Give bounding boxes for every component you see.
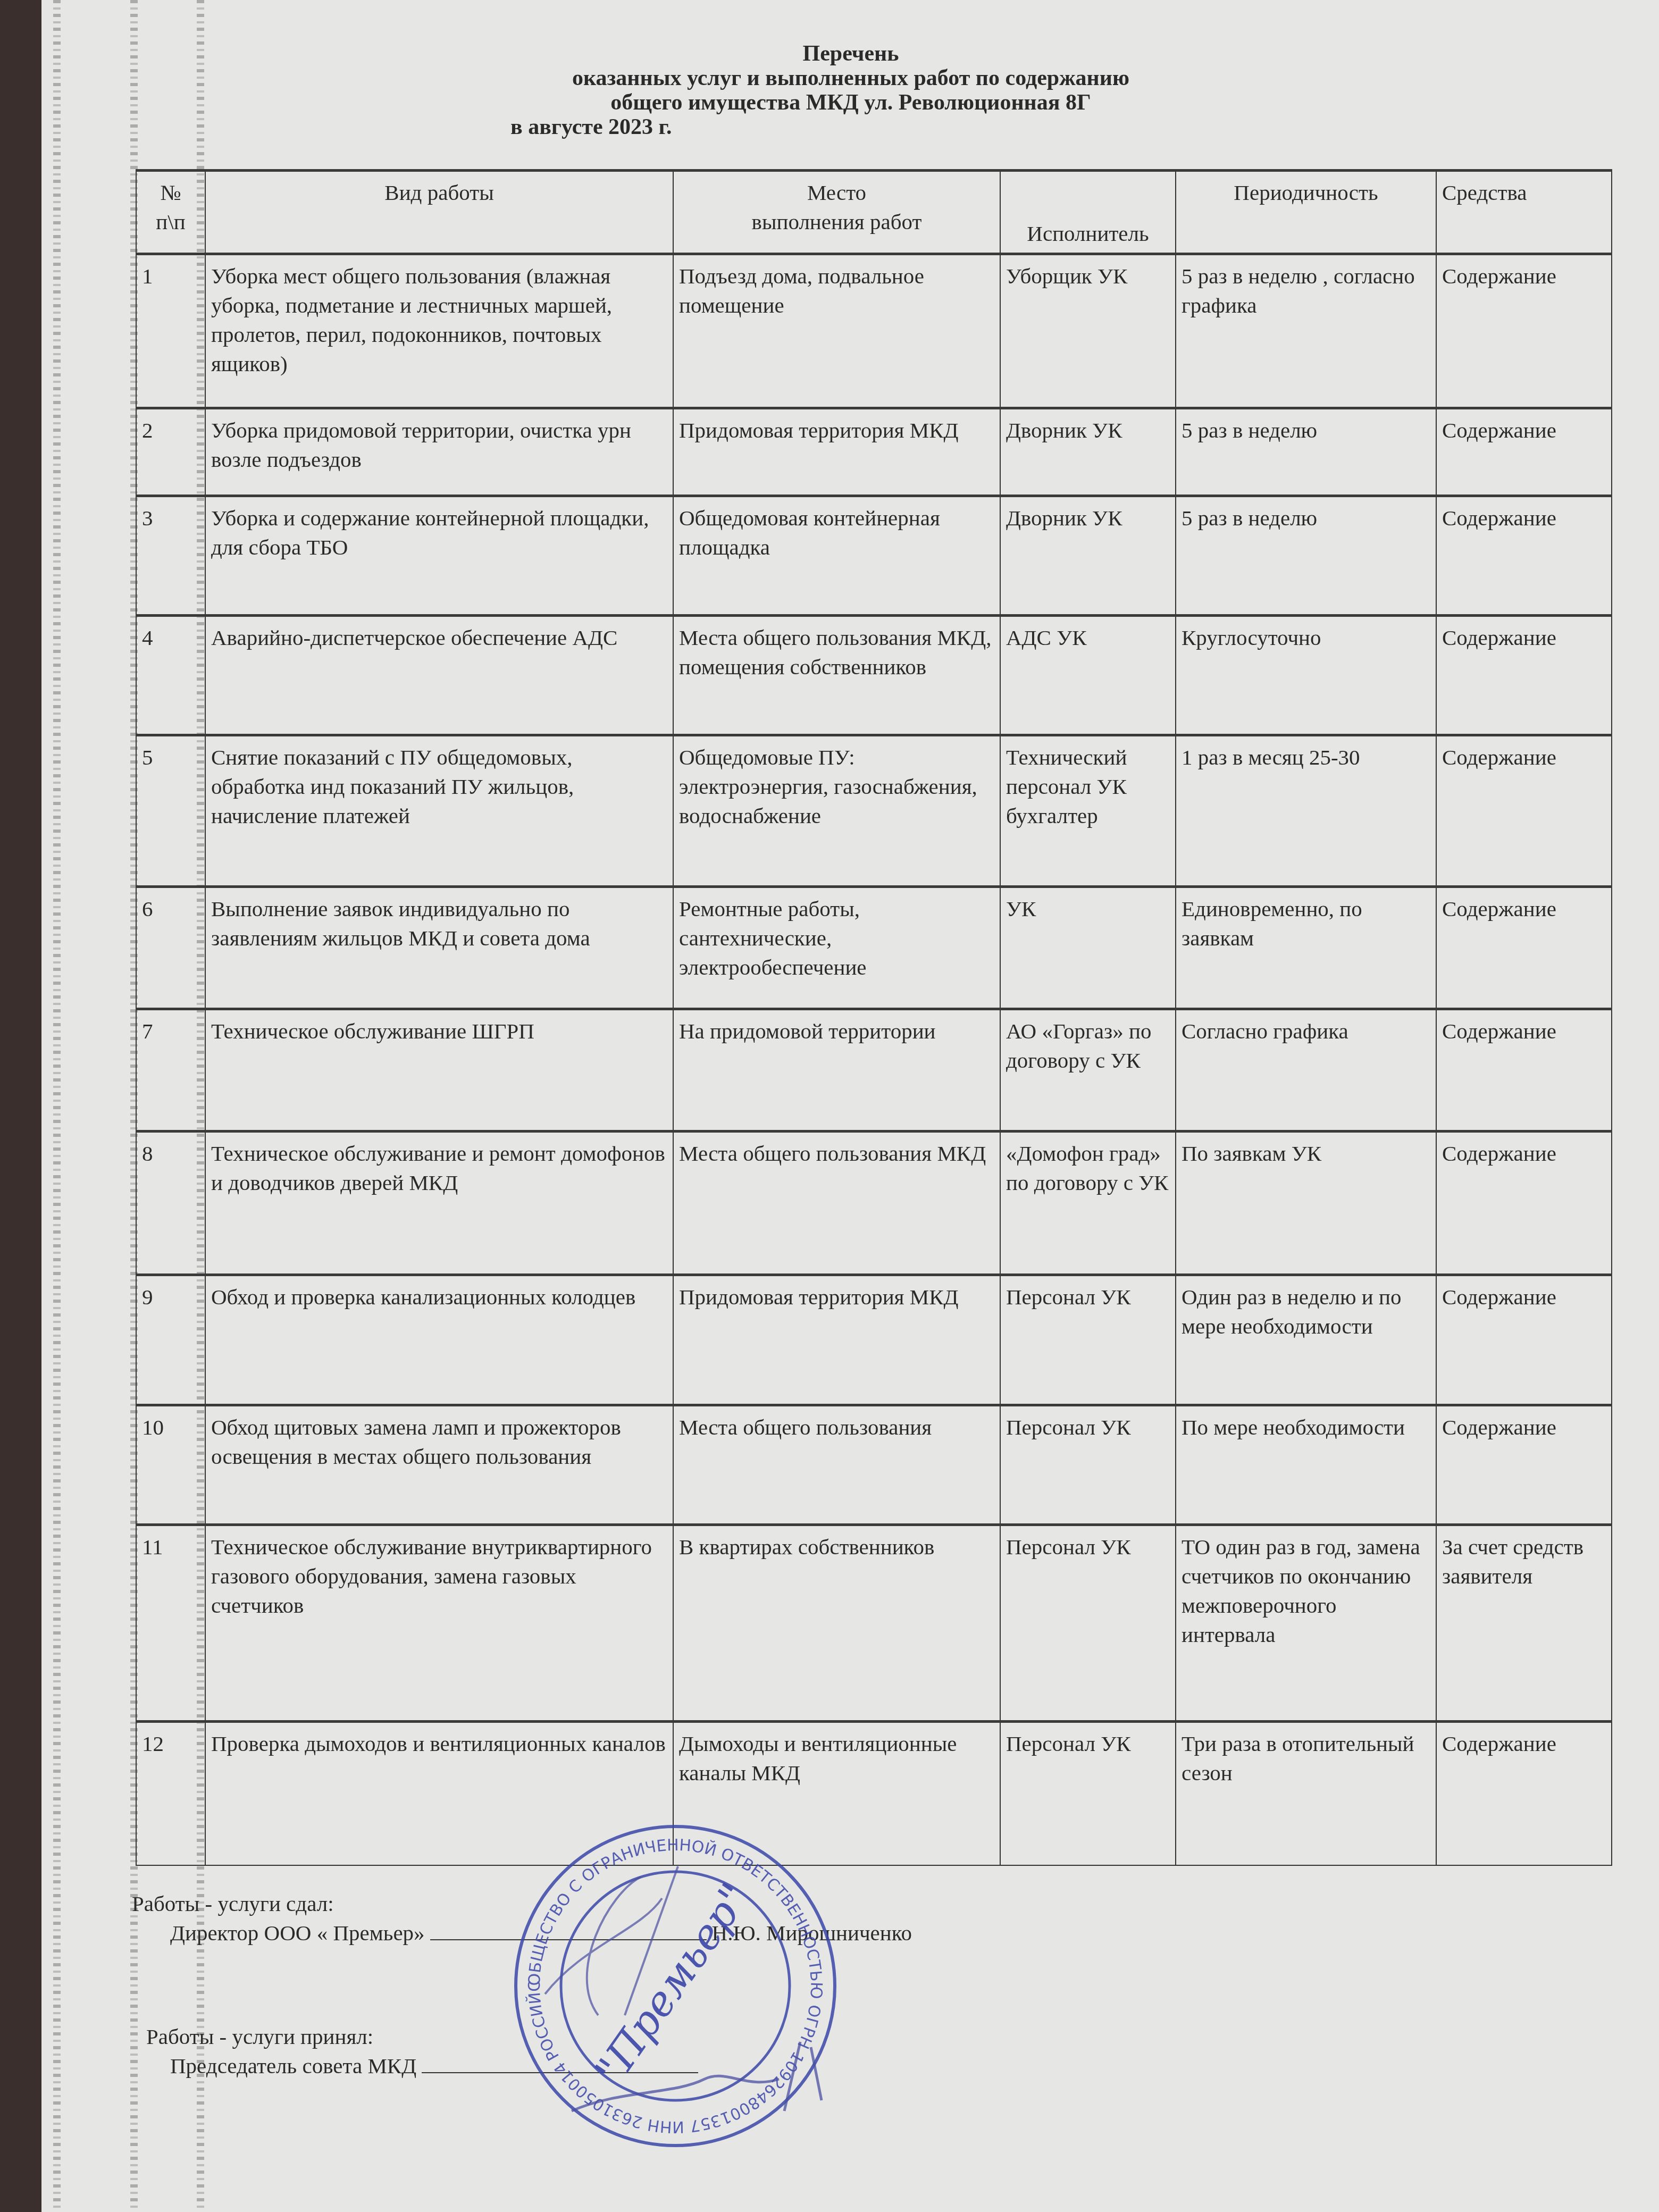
cell-executor: «Домофон град» по договору с УК — [1000, 1132, 1176, 1275]
table-row: 12Проверка дымоходов и вентиляционных ка… — [136, 1722, 1612, 1865]
cell-num: 4 — [136, 616, 205, 735]
cell-period: 1 раз в месяц 25-30 — [1176, 735, 1436, 887]
cell-funds: Содержание — [1436, 887, 1612, 1009]
cell-place: Подъезд дома, подвальное помещение — [673, 254, 1000, 408]
cell-place: Места общего пользования — [673, 1405, 1000, 1525]
cell-num: 3 — [136, 496, 205, 616]
table-row: 6Выполнение заявок индивидуально по заяв… — [136, 887, 1612, 1009]
cell-place: Общедомовые ПУ: электроэнергия, газоснаб… — [673, 735, 1000, 887]
cell-period: По мере необходимости — [1176, 1405, 1436, 1525]
header-executor: Исполнитель — [1000, 171, 1176, 254]
cell-work: Техническое обслуживание внутриквартирно… — [205, 1525, 673, 1722]
cell-funds: Содержание — [1436, 254, 1612, 408]
cell-period: Согласно графика — [1176, 1009, 1436, 1132]
cell-num: 2 — [136, 408, 205, 496]
header-work: Вид работы — [205, 171, 673, 254]
table-row: 3Уборка и содержание контейнерной площад… — [136, 496, 1612, 616]
cell-work: Уборка мест общего пользования (влажная … — [205, 254, 673, 408]
table-row: 8Техническое обслуживание и ремонт домоф… — [136, 1132, 1612, 1275]
cell-num: 7 — [136, 1009, 205, 1132]
cell-period: Единовременно, по заявкам — [1176, 887, 1436, 1009]
cell-funds: Содержание — [1436, 496, 1612, 616]
title-line-4: в августе 2023 г. — [479, 115, 1223, 139]
cell-period: По заявкам УК — [1176, 1132, 1436, 1275]
cell-executor: Персонал УК — [1000, 1405, 1176, 1525]
cell-period: 5 раз в неделю — [1176, 496, 1436, 616]
cell-num: 5 — [136, 735, 205, 887]
cell-work: Снятие показаний с ПУ общедомовых, обраб… — [205, 735, 673, 887]
cell-num: 8 — [136, 1132, 205, 1275]
cell-num: 6 — [136, 887, 205, 1009]
cell-executor: Технический персонал УК бухгалтер — [1000, 735, 1176, 887]
cell-num: 9 — [136, 1275, 205, 1405]
cell-place: Места общего пользования МКД — [673, 1132, 1000, 1275]
cell-executor: УК — [1000, 887, 1176, 1009]
cell-funds: Содержание — [1436, 1009, 1612, 1132]
cell-place: Общедомовая контейнерная площадка — [673, 496, 1000, 616]
cell-num: 11 — [136, 1525, 205, 1722]
table-row: 9Обход и проверка канализационных колодц… — [136, 1275, 1612, 1405]
cell-place: В квартирах собственников — [673, 1525, 1000, 1722]
table-row: 1Уборка мест общего пользования (влажная… — [136, 254, 1612, 408]
cell-executor: АДС УК — [1000, 616, 1176, 735]
director-label: Директор ООО « Премьер» — [170, 1921, 425, 1945]
chair-label: Председатель совета МКД — [170, 2054, 416, 2078]
cell-num: 10 — [136, 1405, 205, 1525]
cell-executor: Персонал УК — [1000, 1722, 1176, 1865]
photo-dark-edge — [0, 0, 41, 2212]
cell-executor: Дворник УК — [1000, 496, 1176, 616]
document-title: Перечень оказанных услуг и выполненных р… — [479, 41, 1223, 139]
cell-period: 5 раз в неделю , согласно графика — [1176, 254, 1436, 408]
cell-work: Аварийно-диспетчерское обеспечение АДС — [205, 616, 673, 735]
table-row: 11Техническое обслуживание внутриквартир… — [136, 1525, 1612, 1722]
cell-work: Уборка и содержание контейнерной площадк… — [205, 496, 673, 616]
cell-funds: Содержание — [1436, 1275, 1612, 1405]
table-row: 2Уборка придомовой территории, очистка у… — [136, 408, 1612, 496]
cell-funds: Содержание — [1436, 616, 1612, 735]
cell-place: Места общего пользования МКД, помещения … — [673, 616, 1000, 735]
cell-funds: Содержание — [1436, 735, 1612, 887]
table-header-row: №п\п Вид работы Местовыполнения работ Ис… — [136, 171, 1612, 254]
handed-over-label: Работы - услуги сдал: — [132, 1890, 334, 1917]
cell-work: Техническое обслуживание и ремонт домофо… — [205, 1132, 673, 1275]
cell-funds: Содержание — [1436, 1132, 1612, 1275]
company-stamp: ОБЩЕСТВО С ОГРАНИЧЕННОЙ ОТВЕТСТВЕННОСТЬЮ… — [502, 1813, 848, 2159]
header-num: №п\п — [136, 171, 205, 254]
services-table: №п\п Вид работы Местовыполнения работ Ис… — [136, 169, 1612, 1866]
cell-work: Уборка придомовой территории, очистка ур… — [205, 408, 673, 496]
cell-period: Круглосуточно — [1176, 616, 1436, 735]
header-period: Периодичность — [1176, 171, 1436, 254]
cell-place: Ремонтные работы, сантехнические, электр… — [673, 887, 1000, 1009]
svg-text:"Премьер": "Премьер" — [586, 1875, 759, 2093]
table-row: 7Техническое обслуживание ШГРПНа придомо… — [136, 1009, 1612, 1132]
cell-place: На придомовой территории — [673, 1009, 1000, 1132]
title-line-2: оказанных услуг и выполненных работ по с… — [479, 66, 1223, 90]
paper-perforation-left — [53, 0, 61, 2212]
cell-funds: Содержание — [1436, 1722, 1612, 1865]
table-row: 4Аварийно-диспетчерское обеспечение АДСМ… — [136, 616, 1612, 735]
cell-num: 12 — [136, 1722, 205, 1865]
table-row: 10Обход щитовых замена ламп и прожекторо… — [136, 1405, 1612, 1525]
header-funds: Средства — [1436, 171, 1612, 254]
accepted-label: Работы - услуги принял: — [146, 2023, 373, 2050]
cell-num: 1 — [136, 254, 205, 408]
cell-work: Выполнение заявок индивидуально по заявл… — [205, 887, 673, 1009]
cell-executor: Персонал УК — [1000, 1275, 1176, 1405]
cell-funds: Содержание — [1436, 1405, 1612, 1525]
cell-period: 5 раз в неделю — [1176, 408, 1436, 496]
cell-executor: АО «Горгаз» по договору с УК — [1000, 1009, 1176, 1132]
table-row: 5Снятие показаний с ПУ общедомовых, обра… — [136, 735, 1612, 887]
cell-funds: Содержание — [1436, 408, 1612, 496]
cell-period: Три раза в отопительный сезон — [1176, 1722, 1436, 1865]
cell-executor: Дворник УК — [1000, 408, 1176, 496]
title-line-1: Перечень — [479, 41, 1223, 66]
cell-work: Техническое обслуживание ШГРП — [205, 1009, 673, 1132]
cell-executor: Персонал УК — [1000, 1525, 1176, 1722]
header-place: Местовыполнения работ — [673, 171, 1000, 254]
cell-work: Обход и проверка канализационных колодце… — [205, 1275, 673, 1405]
cell-place: Придомовая территория МКД — [673, 408, 1000, 496]
cell-place: Придомовая территория МКД — [673, 1275, 1000, 1405]
cell-executor: Уборщик УК — [1000, 254, 1176, 408]
cell-period: ТО один раз в год, замена счетчиков по о… — [1176, 1525, 1436, 1722]
cell-work: Обход щитовых замена ламп и прожекторов … — [205, 1405, 673, 1525]
cell-funds: За счет средств заявителя — [1436, 1525, 1612, 1722]
title-line-3: общего имущества МКД ул. Революционная 8… — [479, 90, 1223, 115]
cell-period: Один раз в неделю и по мере необходимост… — [1176, 1275, 1436, 1405]
